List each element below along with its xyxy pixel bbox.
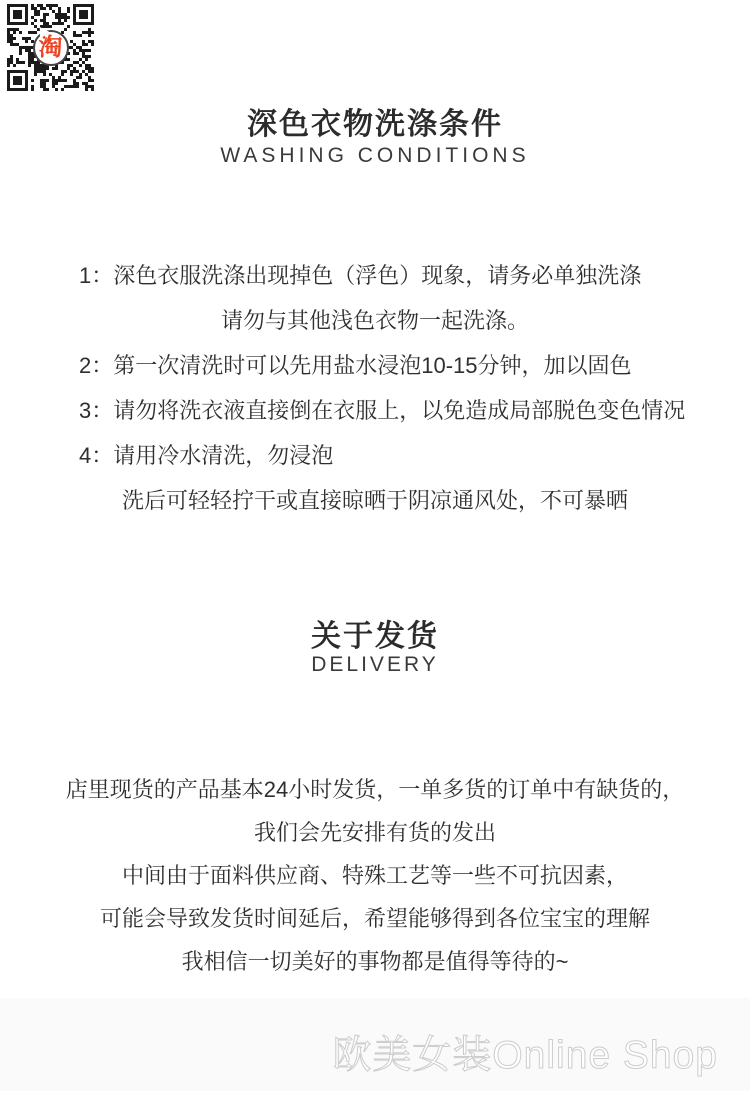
delivery-paragraph: 店里现货的产品基本24小时发货，一单多货的订单中有缺货的， 我们会先安排有货的发… [0, 768, 750, 983]
washing-item-1-continued: 请勿与其他浅色衣物一起洗涤。 [0, 298, 750, 343]
delivery-section-title: 关于发货 [0, 611, 750, 655]
product-description-page: 淘 深色衣物洗涤条件 WASHING CONDITIONS 1：深色衣服洗涤出现… [0, 0, 750, 1102]
delivery-section-subtitle: DELIVERY [0, 653, 750, 677]
delivery-line-3: 中间由于面料供应商、特殊工艺等一些不可抗因素， [0, 854, 750, 897]
shop-watermark: 欧美女装Online Shop [332, 1024, 718, 1080]
taobao-qr-code: 淘 [7, 4, 94, 91]
taobao-logo-char: 淘 [39, 36, 63, 60]
washing-item-3: 3：请勿将洗衣液直接倒在衣服上，以免造成局部脱色变色情况 [0, 388, 750, 433]
taobao-logo-icon: 淘 [33, 30, 69, 66]
washing-note: 洗后可轻轻拧干或直接晾晒于阴凉通风处，不可暴晒 [0, 478, 750, 523]
delivery-line-1: 店里现货的产品基本24小时发货，一单多货的订单中有缺货的， [0, 768, 750, 811]
washing-instructions-list: 1：深色衣服洗涤出现掉色（浮色）现象，请务必单独洗涤 请勿与其他浅色衣物一起洗涤… [0, 253, 750, 523]
washing-item-4: 4：请用冷水清洗，勿浸泡 [0, 433, 750, 478]
washing-section-subtitle: WASHING CONDITIONS [0, 144, 750, 168]
delivery-line-4: 可能会导致发货时间延后，希望能够得到各位宝宝的理解 [0, 897, 750, 940]
washing-item-1: 1：深色衣服洗涤出现掉色（浮色）现象，请务必单独洗涤 [0, 253, 750, 298]
delivery-line-2: 我们会先安排有货的发出 [0, 811, 750, 854]
delivery-line-5: 我相信一切美好的事物都是值得等待的~ [0, 940, 750, 983]
washing-section-title: 深色衣物洗涤条件 [0, 99, 750, 143]
washing-item-2: 2：第一次清洗时可以先用盐水浸泡10-15分钟，加以固色 [0, 343, 750, 388]
